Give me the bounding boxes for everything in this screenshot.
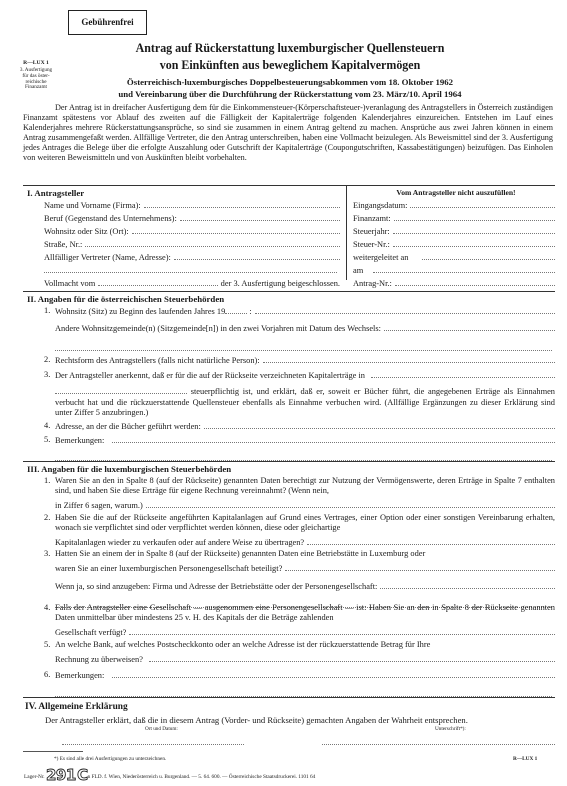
form-title-line2: von Einkünften aus beweglichem Kapitalve… (78, 57, 501, 73)
s2-item-4-row: Adresse, an der die Bücher geführt werde… (55, 421, 555, 432)
s3-item-2: 2. Haben Sie die auf der Rückseite angef… (55, 513, 555, 548)
input-line[interactable] (394, 213, 555, 221)
input-line[interactable] (204, 421, 555, 429)
s3-item-3-detail: Wenn ja, so sind anzugeben: Firma und Ad… (55, 581, 555, 592)
item-number: 1. (44, 306, 50, 316)
form-title-line1: Antrag auf Rückerstattung luxemburgische… (78, 40, 501, 56)
item-number: 4. (44, 603, 50, 613)
office-field-on-date[interactable]: am (353, 265, 555, 278)
divider (23, 461, 555, 462)
field-label: Rechnung zu überweisen? (55, 655, 143, 665)
fee-label: Gebührenfrei (81, 17, 133, 28)
office-fields: Eingangsdatum: Finanzamt: Steuerjahr: St… (353, 200, 555, 291)
divider (23, 185, 555, 186)
field-label: Finanzamt: (353, 214, 391, 224)
field-representative-cont[interactable] (44, 265, 340, 278)
imprint-text: FLD. f. Wien, Niederösterreich u. Burgen… (92, 774, 316, 780)
input-line[interactable] (85, 239, 340, 247)
s2-item-5-row: Bemerkungen: (55, 435, 555, 446)
s3-item-4-answer: Gesellschaft verfügt? (55, 627, 555, 638)
stock-glyph: C (77, 766, 88, 784)
input-line[interactable] (380, 581, 555, 589)
input-line[interactable] (393, 239, 555, 247)
input-line[interactable] (395, 278, 555, 286)
item-number: 1. (44, 476, 50, 486)
s3-item-1-answer: in Ziffer 6 sagen, warum.) (55, 500, 555, 511)
input-line[interactable] (410, 200, 555, 208)
item-number: 5. (44, 435, 50, 445)
field-occupation[interactable]: Beruf (Gegenstand des Unternehmens): (44, 213, 340, 226)
section-1-heading: I. Antragsteller (27, 188, 84, 199)
s3-item-4: 4. Falls der Antragsteller eine Gesellsc… (55, 603, 555, 638)
office-field-tax-number[interactable]: Steuer-Nr.: (353, 239, 555, 252)
s3-item-2-answer: Kapitalanlagen wieder zu verkaufen oder … (55, 537, 555, 548)
input-line[interactable] (112, 435, 555, 443)
field-label: Wohnsitz oder Sitz (Ort): (44, 227, 129, 237)
input-line[interactable] (255, 306, 555, 314)
field-label: am (353, 266, 363, 276)
section-4-heading: IV. Allgemeine Erklärung (25, 702, 128, 713)
s2-item-1-cont (55, 343, 555, 351)
field-label: Steuer-Nr.: (353, 240, 390, 250)
input-line[interactable] (373, 265, 555, 273)
field-label: Andere Wohnsitzgemeinde(n) (Sitzgemeinde… (55, 324, 381, 334)
form-subtitle-line2: und Vereinbarung über die Durchführung d… (60, 89, 520, 100)
s2-item-1-sub: Andere Wohnsitzgemeinde(n) (Sitzgemeinde… (55, 323, 555, 334)
field-label: Bemerkungen: (55, 436, 104, 446)
footer-form-code: R—LUX 1 (513, 756, 537, 762)
field-label: weitergeleitet an (353, 253, 408, 263)
input-line[interactable] (422, 252, 555, 260)
field-street[interactable]: Straße, Nr.: (44, 239, 340, 252)
declaration-text: Der Antragsteller erklärt, daß die in di… (45, 715, 555, 725)
form-code: R—LUX 1 (4, 60, 68, 66)
office-field-application-number[interactable]: Antrag-Nr.: (353, 278, 555, 291)
office-use-heading: Vom Antragsteller nicht auszufüllen! (356, 188, 556, 197)
field-label: Der Antragsteller anerkennt, daß er für … (55, 371, 365, 381)
input-line[interactable] (285, 563, 555, 571)
footnote: *) Es sind alle drei Ausfertigungen zu u… (54, 756, 166, 762)
section-3-heading: III. Angaben für die luxemburgischen Ste… (27, 464, 231, 475)
field-label: Wohnsitz (Sitz) zu Beginn des laufenden … (55, 307, 225, 317)
s2-item-3-text: steuerpflichtig ist, und erklärt, daß er… (55, 386, 555, 418)
field-label: Allfälliger Vertreter (Name, Adresse): (44, 253, 171, 263)
s2-item-1: 1. Wohnsitz (Sitz) zu Beginn des laufend… (55, 306, 555, 351)
s2-item-5: 5. Bemerkungen: (55, 435, 555, 461)
field-label: Bemerkungen: (55, 671, 104, 681)
input-line[interactable] (174, 252, 340, 260)
field-label: Steuerjahr: (353, 227, 390, 237)
item-number: 3. (44, 549, 50, 559)
printer-imprint: Lager-Nr. 291 Cn FLD. f. Wien, Niederöst… (24, 766, 315, 784)
office-field-tax-office[interactable]: Finanzamt: (353, 213, 555, 226)
input-line[interactable] (112, 670, 555, 678)
s2-item-1-row: Wohnsitz (Sitz) zu Beginn des laufenden … (55, 306, 555, 317)
input-line[interactable] (263, 355, 555, 363)
item-number: 6. (44, 670, 50, 680)
s3-item-5-answer: Rechnung zu überweisen? (55, 654, 555, 665)
field-label-suffix: der 3. Ausfertigung beigeschlossen. (221, 279, 340, 289)
field-label: Wenn ja, so sind anzugeben: Firma und Ad… (55, 582, 377, 592)
input-line[interactable] (129, 627, 555, 635)
s3-item-6: 6. Bemerkungen: (55, 670, 555, 697)
input-line[interactable] (180, 213, 340, 221)
instructions-text: Der Antrag ist in dreifacher Ausfertigun… (23, 103, 553, 163)
item-number: 3. (44, 370, 50, 380)
field-label: Antrag-Nr.: (353, 279, 392, 289)
s2-item-4: 4. Adresse, an der die Bücher geführt we… (55, 421, 555, 432)
section-2-heading: II. Angaben für die österreichischen Ste… (27, 294, 224, 305)
question-text: Waren Sie an den in Spalte 8 (auf der Rü… (55, 476, 555, 497)
office-field-forwarded-to[interactable]: weitergeleitet an (353, 252, 555, 265)
s3-item-3-answer: waren Sie an einer luxemburgischen Perso… (55, 563, 555, 574)
s3-item-1: 1. Waren Sie an den in Spalte 8 (auf der… (55, 476, 555, 511)
input-line[interactable] (44, 265, 337, 273)
input-line[interactable] (393, 226, 555, 234)
year-input[interactable] (225, 306, 247, 314)
field-power-of-attorney[interactable]: Vollmacht vomder 3. Ausfertigung beigesc… (44, 278, 340, 291)
s3-item-6-row: Bemerkungen: (55, 670, 555, 681)
item-number: 4. (44, 421, 50, 431)
input-line[interactable] (307, 537, 555, 545)
input-line[interactable] (146, 500, 555, 508)
question-text: Haben Sie die auf der Rückseite angeführ… (55, 513, 555, 534)
field-name[interactable]: Name und Vorname (Firma): (44, 200, 340, 213)
input-line[interactable] (55, 343, 552, 351)
field-representative[interactable]: Allfälliger Vertreter (Name, Adresse): (44, 252, 340, 265)
field-label: in Ziffer 6 sagen, warum.) (55, 501, 143, 511)
instructions-paragraph: Der Antrag ist in dreifacher Ausfertigun… (23, 103, 553, 163)
question-text: Hatten Sie an einem der in Spalte 8 (auf… (55, 549, 555, 559)
field-label: Adresse, an der die Bücher geführt werde… (55, 422, 201, 432)
divider (23, 697, 555, 698)
item-number: 2. (44, 355, 50, 365)
colon: : (247, 307, 251, 317)
office-field-receipt-date[interactable]: Eingangsdatum: (353, 200, 555, 213)
place-date-input[interactable] (62, 744, 244, 745)
input-line[interactable] (149, 654, 555, 662)
input-line[interactable] (55, 386, 187, 394)
question-text: Falls der Antragsteller eine Gesellschaf… (55, 603, 555, 624)
field-label: Eingangsdatum: (353, 201, 407, 211)
footnote-rule (23, 751, 83, 752)
copy-note: R—LUX 1 3. Ausfertigung für das öster- r… (4, 60, 68, 91)
s3-item-3: 3. Hatten Sie an einem der in Spalte 8 (… (55, 549, 555, 608)
divider (23, 291, 555, 292)
column-divider (346, 186, 347, 280)
item-number: 5. (44, 640, 50, 650)
applicant-fields: Name und Vorname (Firma): Beruf (Gegenst… (44, 200, 340, 291)
field-label: Rechtsform des Antragstellers (falls nic… (55, 356, 260, 366)
field-label: waren Sie an einer luxemburgischen Perso… (55, 564, 282, 574)
field-label: Vollmacht vom (44, 279, 95, 289)
stock-number-label: Lager-Nr. (24, 774, 45, 780)
s2-item-2-row: Rechtsform des Antragstellers (falls nic… (55, 355, 555, 366)
item-number: 2. (44, 513, 50, 523)
s2-item-3: 3. Der Antragsteller anerkennt, daß er f… (55, 370, 555, 418)
s3-item-5: 5. An welche Bank, auf welches Postschec… (55, 640, 555, 666)
field-label: Beruf (Gegenstand des Unternehmens): (44, 214, 177, 224)
stock-number: 291 (46, 766, 76, 784)
place-date-label: Ort und Datum: (145, 726, 178, 732)
office-field-tax-year[interactable]: Steuerjahr: (353, 226, 555, 239)
input-line[interactable] (371, 370, 555, 378)
s2-item-2: 2. Rechtsform des Antragstellers (falls … (55, 355, 555, 366)
input-line[interactable] (98, 278, 217, 286)
field-residence[interactable]: Wohnsitz oder Sitz (Ort): (44, 226, 340, 239)
fee-exempt-stamp: Gebührenfrei (68, 10, 147, 35)
field-label: Straße, Nr.: (44, 240, 82, 250)
s2-item-3-row: Der Antragsteller anerkennt, daß er für … (55, 370, 555, 381)
field-label: Gesellschaft verfügt? (55, 628, 126, 638)
stock-suffix: n (88, 774, 91, 780)
copy-note-line: Finanzamt (4, 85, 68, 91)
signature-label: Unterschrift*): (435, 726, 466, 732)
input-line[interactable] (144, 200, 340, 208)
field-label: Name und Vorname (Firma): (44, 201, 141, 211)
signature-input[interactable] (322, 744, 555, 745)
input-line[interactable] (132, 226, 340, 234)
question-text: An welche Bank, auf welches Postscheckko… (55, 640, 555, 650)
input-line[interactable] (384, 323, 555, 331)
form-subtitle-line1: Österreichisch-luxemburgisches Doppelbes… (60, 77, 520, 88)
field-label: Kapitalanlagen wieder zu verkaufen oder … (55, 538, 304, 548)
